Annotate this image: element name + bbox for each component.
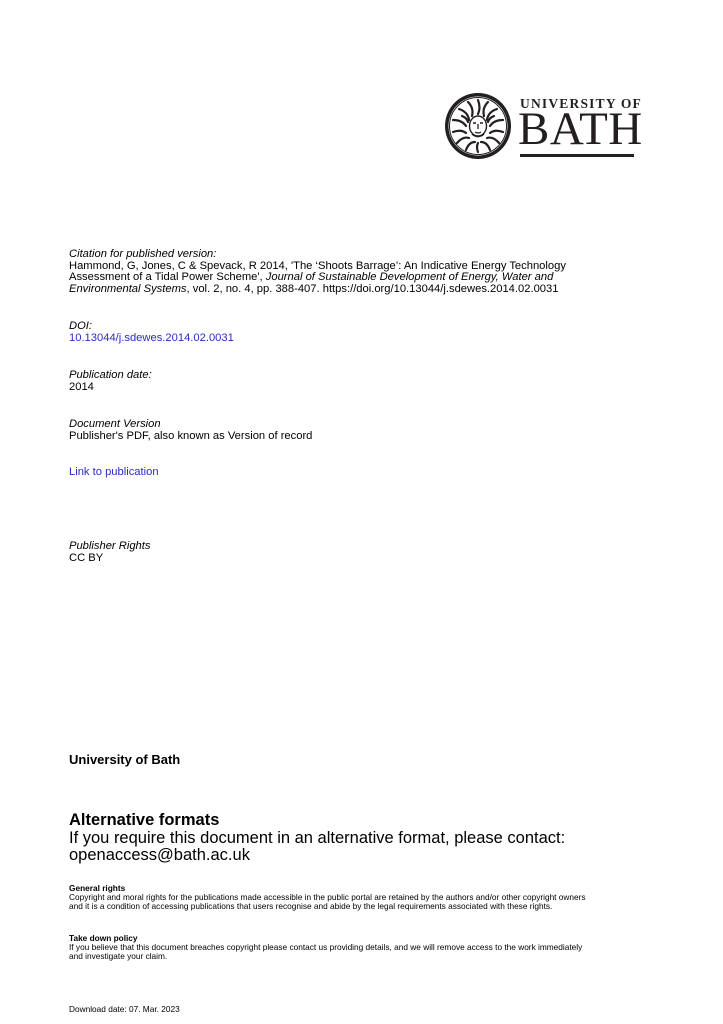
citation-text: Assessment of a Tidal Power Scheme', [69,271,266,283]
alternative-formats-section: Alternative formats If you require this … [69,812,565,865]
university-seal-icon [444,92,512,160]
citation-label: Citation for published version: [69,249,566,261]
download-date: Download date: 07. Mar. 2023 [69,1004,180,1014]
organisation-name: University of Bath [69,752,180,767]
logo-underline [520,154,634,157]
document-version-section: Document Version Publisher's PDF, also k… [69,419,312,442]
document-version-value: Publisher's PDF, also known as Version o… [69,431,312,443]
publisher-rights-value: CC BY [69,553,150,565]
publication-date-section: Publication date: 2014 [69,370,152,393]
doi-link[interactable]: 10.13044/j.sdewes.2014.02.0031 [69,333,234,345]
citation-line-3: Environmental Systems, vol. 2, no. 4, pp… [69,284,566,296]
take-down-policy-section: Take down policy If you believe that thi… [69,934,709,962]
university-logo: UNIVERSITY OF BATH [444,92,636,162]
take-down-policy-line-2: and investigate your claim. [69,952,709,961]
journal-name: Journal of Sustainable Development of En… [266,271,554,283]
alternative-formats-text: If you require this document in an alter… [69,830,565,848]
citation-details: , vol. 2, no. 4, pp. 388-407. https://do… [187,283,559,295]
doi-label: DOI: [69,321,234,333]
publisher-rights-label: Publisher Rights [69,541,150,553]
alternative-formats-title: Alternative formats [69,812,565,830]
citation-section: Citation for published version: Hammond,… [69,249,566,295]
journal-name-cont: Environmental Systems [69,283,187,295]
publisher-rights-section: Publisher Rights CC BY [69,541,150,564]
publication-date-value: 2014 [69,382,152,394]
doi-section: DOI: 10.13044/j.sdewes.2014.02.0031 [69,321,234,344]
logo-bath-text: BATH [518,106,643,153]
general-rights-section: General rights Copyright and moral right… [69,884,709,912]
link-to-publication[interactable]: Link to publication [69,467,159,479]
publication-date-label: Publication date: [69,370,152,382]
link-section: Link to publication [69,467,159,479]
general-rights-line-2: and it is a condition of accessing publi… [69,902,709,911]
contact-email: openaccess@bath.ac.uk [69,847,565,865]
document-version-label: Document Version [69,419,312,431]
